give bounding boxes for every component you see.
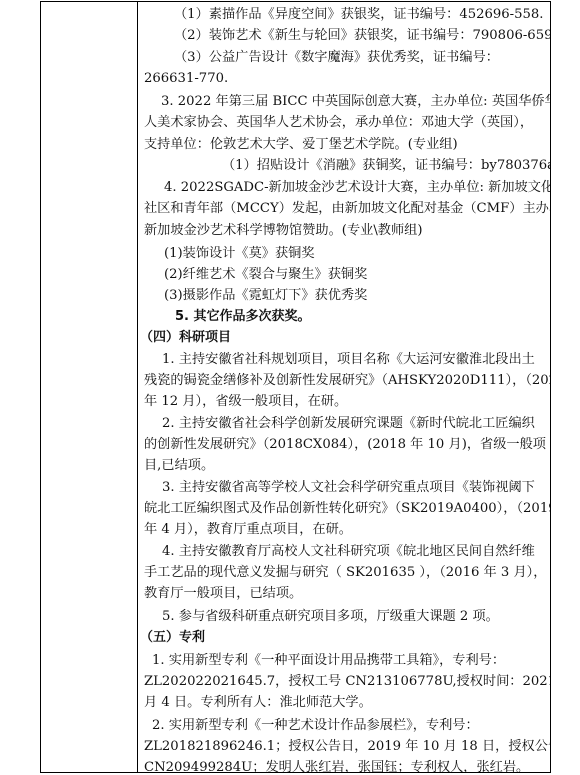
paragraph-line: 新加坡金沙艺术科学博物馆赞助。(专业\教师组) [144, 222, 422, 240]
paragraph-line: 4. 主持安徽教育厅高校人文社科研究项《皖北地区民间自然纤维 [162, 543, 535, 561]
paragraph-line: （1）素描作品《异度空间》获银奖，证书编号：452696-558. [174, 6, 544, 24]
section-heading: （四）科研项目 [140, 329, 231, 347]
paragraph-line: 月 4 日。专利所有人：淮北师范大学。 [144, 694, 372, 712]
paragraph-line: ZL202022021645.7，授权工号 CN213106778U,授权时间：… [144, 673, 550, 691]
paragraph-line: 3. 2022 年第三届 BICC 中英国际创意大赛，主办单位: 英国华侨华 [161, 93, 550, 111]
paragraph-line: CN209499284U；发明人张红岩，张国钰；专利权人，张红岩。 [144, 759, 529, 772]
paragraph-line: （3）公益广告设计《数字魔海》获优秀奖，证书编号： [174, 49, 499, 67]
paragraph-line: 4. 2022SGADC-新加坡金沙艺术设计大赛，主办单位: 新加坡文化、 [164, 179, 550, 197]
document-table: （1）素描作品《异度空间》获银奖，证书编号：452696-558.（2）装饰艺术… [40, 1, 551, 773]
paragraph-line: 手工艺品的现代意义发掘与研究（ SK201635 ），（2016 年 3 月）， [144, 564, 546, 582]
paragraph-line: 2. 主持安徽省社会科学创新发展研究课题《新时代皖北工匠编织 [162, 415, 535, 433]
section-heading: （五）专利 [140, 629, 205, 647]
paragraph-line: 残瓷的锔瓷金缮修补及创新性发展研究》（AHSKY2020D111），（2020 [144, 372, 550, 390]
paragraph-line: （2）装饰艺术《新生与轮回》获银奖，证书编号：790806-659. [174, 27, 550, 45]
paragraph-line: 社区和青年部（MCCY）发起，由新加坡文化配对基金（CMF）主办、 [144, 200, 550, 218]
paragraph-line: 皖北工匠编织图式及作品创新性转化研究》（SK2019A0400），（2019 [144, 500, 550, 518]
paragraph-line: （1）招贴设计《消融》获铜奖，证书编号：by780376a322 [222, 157, 550, 175]
label-column [41, 2, 138, 772]
paragraph-line: 年 12 月），省级一般项目，在研。 [144, 393, 347, 411]
paragraph-line: 3. 主持安徽省高等学校人文社会科学研究重点项目《装饰视阈下 [162, 479, 535, 497]
section-heading: 5. 其它作品多次获奖。 [175, 308, 311, 326]
paragraph-line: 266631-770. [144, 70, 228, 88]
paragraph-line: 1. 实用新型专利《一种平面设计用品携带工具箱》，专利号： [152, 652, 505, 670]
paragraph-line: ZL201821896246.1；授权公告日，2019 年 10 月 18 日，… [144, 738, 550, 756]
paragraph-line: 1. 主持安徽省社科规划项目，项目名称《大运河安徽淮北段出土 [162, 351, 535, 369]
paragraph-line: (1)装饰设计《莫》获铜奖 [164, 245, 315, 263]
paragraph-line: 年 4 月），教育厅重点项目，在研。 [144, 521, 352, 539]
content-column: （1）素描作品《异度空间》获银奖，证书编号：452696-558.（2）装饰艺术… [138, 2, 550, 772]
paragraph-line: 2. 实用新型专利《一种艺术设计作品参展栏》，专利号： [152, 717, 479, 735]
paragraph-line: (2)纤维艺术《裂合与聚生》获铜奖 [164, 266, 367, 284]
paragraph-line: 支持单位：伦敦艺术大学、爱丁堡艺术学院。(专业组) [144, 136, 458, 154]
paragraph-line: 5. 参与省级科研重点研究项目多项，厅级重大课题 2 项。 [162, 608, 499, 626]
paragraph-line: 教育厅一般项目，已结项。 [144, 585, 302, 603]
paragraph-line: 的创新性发展研究》（2018CX084），(2018 年 10 月)，省级一般项 [144, 436, 546, 454]
paragraph-line: (3)摄影作品《霓虹灯下》获优秀奖 [164, 287, 367, 305]
paragraph-line: 目,已结项。 [144, 457, 214, 475]
paragraph-line: 人美术家协会、英国华人艺术协会，承办单位：邓迪大学（英国）， [144, 114, 533, 132]
